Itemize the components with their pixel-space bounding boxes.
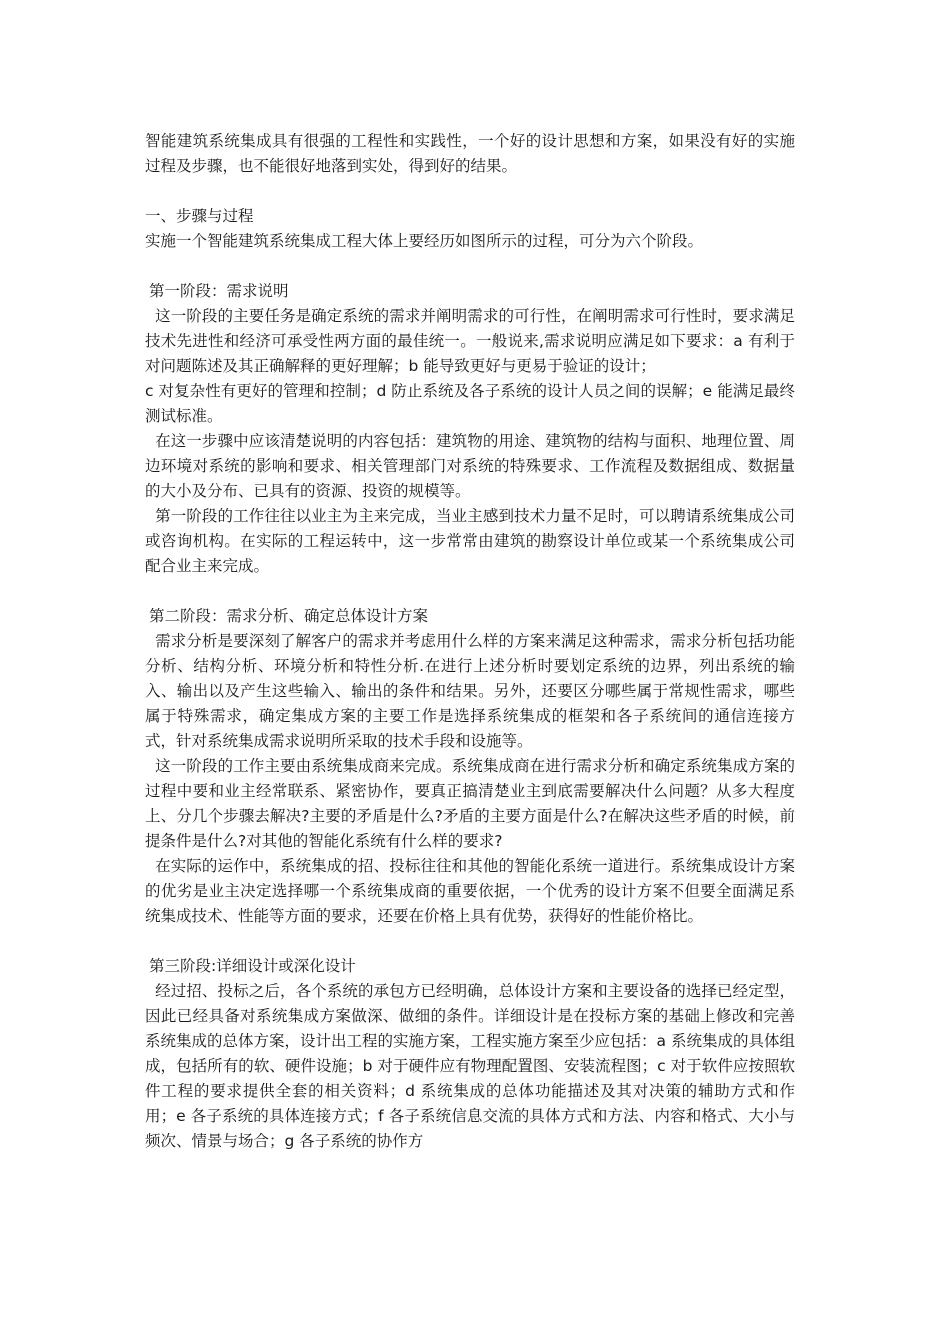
section-heading: 一、步骤与过程	[145, 204, 795, 229]
stage1-paragraph: 这一阶段的主要任务是确定系统的需求并阐明需求的可行性，在阐明需求可行性时，要求满…	[145, 304, 795, 379]
intro-paragraph: 智能建筑系统集成具有很强的工程性和实践性，一个好的设计思想和方案，如果没有好的实…	[145, 129, 795, 179]
stage3-paragraph: 经过招、投标之后，各个系统的承包方已经明确，总体设计方案和主要设备的选择已经定型…	[145, 979, 795, 1154]
stage2-paragraph: 这一阶段的工作主要由系统集成商来完成。系统集成商在进行需求分析和确定系统集成方案…	[145, 754, 795, 854]
section-paragraph: 实施一个智能建筑系统集成工程大体上要经历如图所示的过程，可分为六个阶段。	[145, 229, 795, 254]
spacer	[145, 179, 795, 204]
stage3-heading: 第三阶段:详细设计或深化设计	[145, 954, 795, 979]
stage2-paragraph: 需求分析是要深刻了解客户的需求并考虑用什么样的方案来满足这种需求，需求分析包括功…	[145, 629, 795, 754]
stage2-paragraph: 在实际的运作中，系统集成的招、投标往往和其他的智能化系统一道进行。系统集成设计方…	[145, 854, 795, 929]
stage1-paragraph: 第一阶段的工作往往以业主为主来完成，当业主感到技术力量不足时，可以聘请系统集成公…	[145, 504, 795, 579]
spacer	[145, 579, 795, 604]
spacer	[145, 254, 795, 279]
spacer	[145, 929, 795, 954]
stage1-paragraph: c 对复杂性有更好的管理和控制；d 防止系统及各子系统的设计人员之间的误解；e …	[145, 379, 795, 429]
stage2-heading: 第二阶段：需求分析、确定总体设计方案	[145, 604, 795, 629]
stage1-heading: 第一阶段：需求说明	[145, 279, 795, 304]
document-page: 智能建筑系统集成具有很强的工程性和实践性，一个好的设计思想和方案，如果没有好的实…	[145, 129, 795, 1154]
stage1-paragraph: 在这一步骤中应该清楚说明的内容包括：建筑物的用途、建筑物的结构与面积、地理位置、…	[145, 429, 795, 504]
